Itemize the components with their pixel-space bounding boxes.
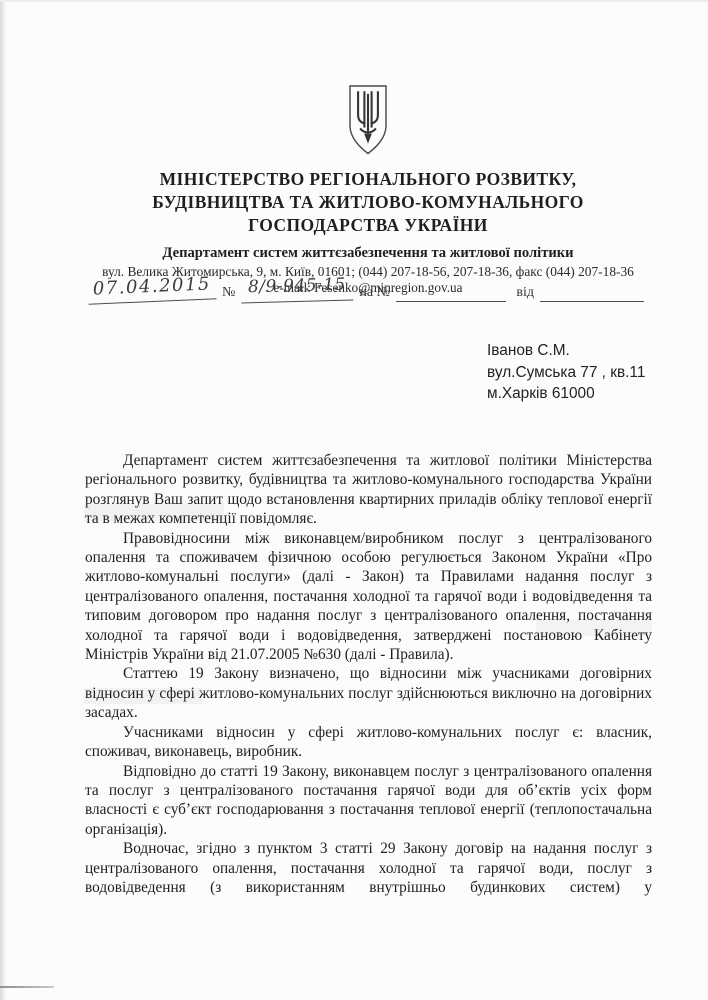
reply-number-blank-field — [396, 277, 506, 302]
number-label: № — [222, 285, 235, 301]
from-date-label: від — [516, 285, 534, 301]
handwritten-outgoing-number: 8/9-945-15 — [241, 275, 354, 304]
scan-edge-left — [0, 0, 7, 1000]
from-date-blank-field — [540, 277, 644, 302]
body-paragraph: Відповідно до статті 19 Закону, виконавц… — [85, 762, 652, 840]
ukraine-trident-emblem-icon — [341, 82, 395, 162]
body-paragraph: Департамент систем життєзабезпечення та … — [85, 451, 652, 529]
reply-to-number-label: на № — [359, 285, 390, 301]
body-paragraph: Статтею 19 Закону визначено, що відносин… — [85, 664, 652, 722]
handwritten-date: 07.04.2015 — [87, 273, 216, 305]
recipient-city: м.Харків 61000 — [487, 383, 645, 405]
recipient-street: вул.Сумська 77 , кв.11 — [487, 362, 645, 384]
ministry-title-line: ГОСПОДАРСТВА УКРАЇНИ — [85, 214, 651, 237]
body-paragraph: Водночас, згідно з пунктом 3 статті 29 З… — [85, 839, 652, 897]
scan-artifact-line — [0, 986, 54, 988]
letter-body: Департамент систем життєзабезпечення та … — [85, 451, 652, 897]
ministry-title-line: БУДІВНИЦТВА ТА ЖИТЛОВО-КОМУНАЛЬНОГО — [85, 191, 651, 214]
department-name: Департамент систем життєзабезпечення та … — [85, 244, 651, 262]
scan-edge-top — [0, 0, 708, 2]
ministry-title: МІНІСТЕРСТВО РЕГІОНАЛЬНОГО РОЗВИТКУ, БУД… — [85, 168, 651, 237]
recipient-name: Іванов С.М. — [487, 340, 645, 362]
scanned-letter-page: МІНІСТЕРСТВО РЕГІОНАЛЬНОГО РОЗВИТКУ, БУД… — [0, 0, 708, 1000]
body-paragraph: Учасниками відносин у сфері житлово-кому… — [85, 723, 652, 762]
recipient-block: Іванов С.М. вул.Сумська 77 , кв.11 м.Хар… — [487, 340, 645, 405]
body-paragraph: Правовідносини між виконавцем/виробником… — [85, 529, 652, 665]
reference-line: 07.04.2015 № 8/9-945-15 на № від — [88, 274, 644, 302]
ministry-title-line: МІНІСТЕРСТВО РЕГІОНАЛЬНОГО РОЗВИТКУ, — [85, 168, 651, 191]
letterhead: МІНІСТЕРСТВО РЕГІОНАЛЬНОГО РОЗВИТКУ, БУД… — [85, 82, 651, 296]
